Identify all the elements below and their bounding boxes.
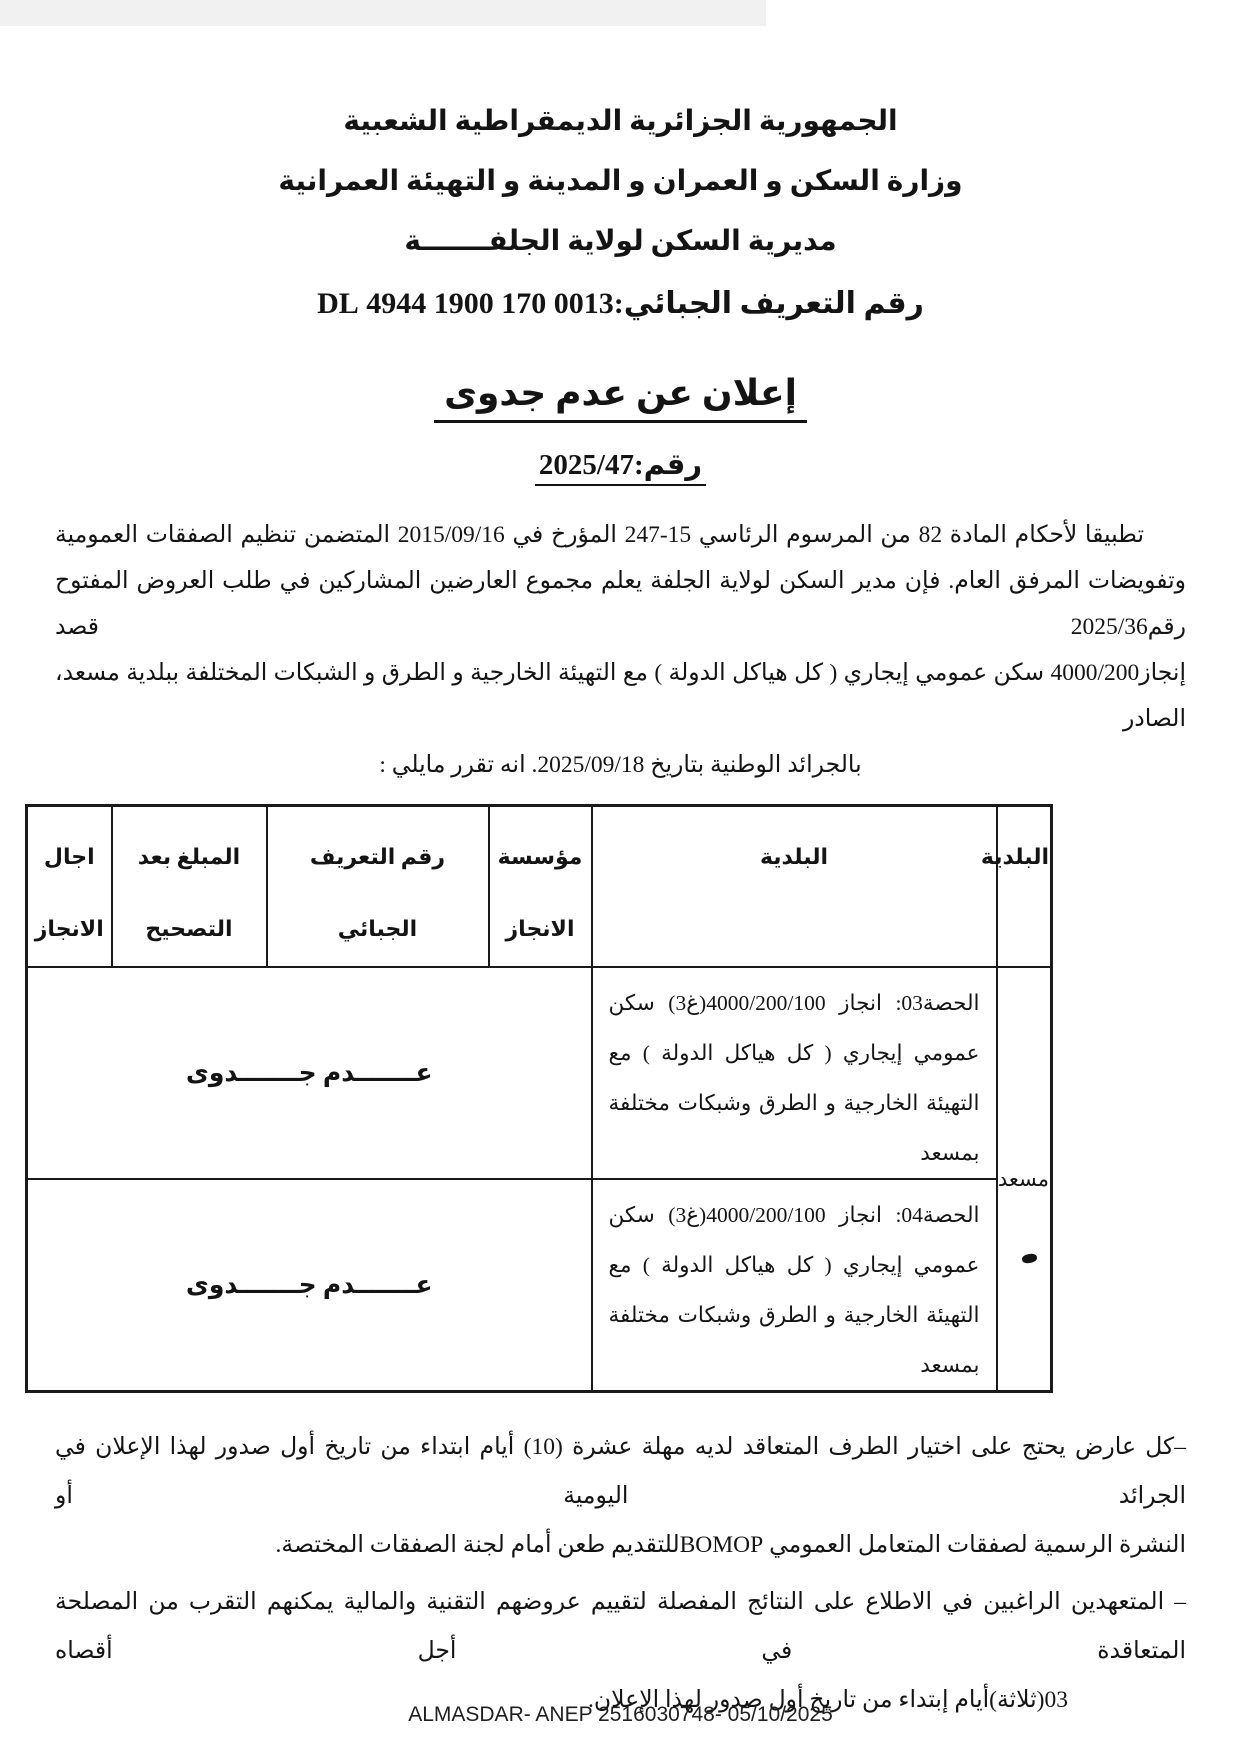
intro-line-4: بالجرائد الوطنية بتاريخ 2025/09/18. انه … xyxy=(55,742,1186,788)
note-1-line-2: النشرة الرسمية لصفقات المتعامل العمومي B… xyxy=(55,1521,1186,1570)
fiscal-id-line: رقم التعريف الجبائي:0013 170 1900 4944 D… xyxy=(0,272,1241,336)
notice-title: إعلان عن عدم جدوى xyxy=(434,372,807,423)
notice-title-row: إعلان عن عدم جدوى xyxy=(0,372,1241,423)
results-table: البلدية البلدية مؤسسة الانجاز رقم التعري… xyxy=(25,804,1053,1393)
intro-paragraph: تطبيقا لأحكام المادة 82 من المرسوم الرئا… xyxy=(55,512,1186,788)
header-fiscal-id: رقم التعريف الجبائي xyxy=(267,806,489,968)
notice-number-row: رقم:2025/47 xyxy=(0,447,1241,486)
letterhead: الجمهورية الجزائرية الديمقراطية الشعبية … xyxy=(0,0,1241,336)
note-2-line-1: – المتعهدين الراغبين في الاطلاع على النت… xyxy=(55,1578,1186,1676)
ministry-line: وزارة السكن و العمران و المدينة و التهيئ… xyxy=(0,152,1241,212)
lot-cell-2: الحصة04: انجاز 4000/200/100(غ3) سكن عموم… xyxy=(592,1179,997,1392)
table-row: مسعد الحصة03: انجاز 4000/200/100(غ3) سكن… xyxy=(27,967,1052,1179)
note-item-appeal: –كل عارض يحتج على اختيار الطرف المتعاقد … xyxy=(55,1423,1186,1570)
republic-line: الجمهورية الجزائرية الديمقراطية الشعبية xyxy=(0,92,1241,152)
scan-artifact xyxy=(0,0,766,26)
municipality-cell: مسعد xyxy=(997,967,1052,1392)
table-row: الحصة04: انجاز 4000/200/100(غ3) سكن عموم… xyxy=(27,1179,1052,1392)
document-page: الجمهورية الجزائرية الديمقراطية الشعبية … xyxy=(0,0,1241,1754)
intro-line-1: تطبيقا لأحكام المادة 82 من المرسوم الرئا… xyxy=(55,512,1186,558)
notes-section: –كل عارض يحتج على اختيار الطرف المتعاقد … xyxy=(55,1423,1186,1725)
header-deadline: اجال الانجاز xyxy=(27,806,112,968)
publication-footer: ALMASDAR- ANEP 2516030748- 05/10/2025 xyxy=(0,1703,1241,1727)
intro-line-2: وتفويضات المرفق العام. فإن مدير السكن لو… xyxy=(55,558,1186,650)
note-1-line-1: –كل عارض يحتج على اختيار الطرف المتعاقد … xyxy=(55,1423,1186,1521)
result-cell-1: عـــــــدم جـــــــدوى xyxy=(27,967,592,1179)
notice-number: رقم:2025/47 xyxy=(535,447,706,486)
result-cell-2: عـــــــدم جـــــــدوى xyxy=(27,1179,592,1392)
intro-line-3: إنجاز4000/200 سكن عمومي إيجاري ( كل هياك… xyxy=(55,650,1186,742)
header-municipality: البلدية xyxy=(997,806,1052,968)
lot-cell-1: الحصة03: انجاز 4000/200/100(غ3) سكن عموم… xyxy=(592,967,997,1179)
header-lot: البلدية xyxy=(592,806,997,968)
directorate-line: مديرية السكن لولاية الجلفـــــــة xyxy=(0,212,1241,272)
header-company: مؤسسة الانجاز xyxy=(489,806,592,968)
table-header-row: البلدية البلدية مؤسسة الانجاز رقم التعري… xyxy=(27,806,1052,968)
results-table-wrap: البلدية البلدية مؤسسة الانجاز رقم التعري… xyxy=(0,804,1241,1393)
header-amount: المبلغ بعد التصحيح xyxy=(112,806,267,968)
